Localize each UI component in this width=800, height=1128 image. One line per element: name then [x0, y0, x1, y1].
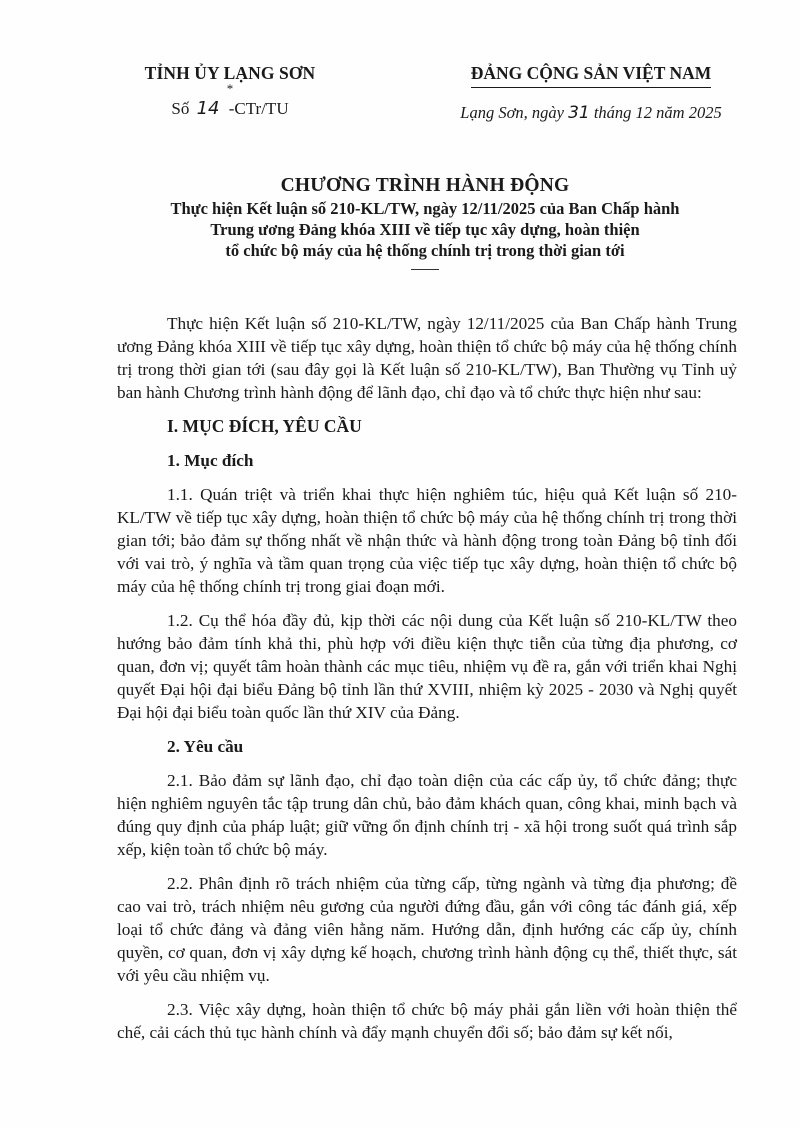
paragraph-1-1: 1.1. Quán triệt và triển khai thực hiện …: [117, 483, 737, 598]
section-heading: I. MỤC ĐÍCH, YÊU CẦU: [117, 415, 737, 438]
document-number: Số 14 -CTr/TU: [130, 98, 330, 120]
paragraph-1-2: 1.2. Cụ thể hóa đầy đủ, kịp thời các nội…: [117, 609, 737, 724]
party-block: ĐẢNG CỘNG SẢN VIỆT NAM Lạng Sơn, ngày 31…: [438, 62, 744, 124]
subtitle-line: Trung ương Đảng khóa XIII về tiếp tục xâ…: [100, 219, 750, 240]
document-number-value: 14: [197, 98, 220, 119]
paragraph-2-1: 2.1. Bảo đảm sự lãnh đạo, chỉ đạo toàn d…: [117, 769, 737, 861]
title-separator: [411, 269, 439, 270]
star-mark: *: [130, 84, 330, 94]
document-number-suffix: -CTr/TU: [229, 99, 289, 118]
paragraph-2-2: 2.2. Phân định rõ trách nhiệm của từng c…: [117, 872, 737, 987]
party-name: ĐẢNG CỘNG SẢN VIỆT NAM: [471, 62, 712, 88]
place-date-day: 31: [568, 103, 590, 123]
document-title: CHƯƠNG TRÌNH HÀNH ĐỘNG: [100, 174, 750, 198]
subtitle-line: Thực hiện Kết luận số 210-KL/TW, ngày 12…: [100, 198, 750, 219]
document-body: Thực hiện Kết luận số 210-KL/TW, ngày 12…: [117, 312, 737, 1055]
subsection-heading: 2. Yêu cầu: [117, 735, 737, 758]
paragraph-2-3: 2.3. Việc xây dựng, hoàn thiện tổ chức b…: [117, 998, 737, 1044]
place-date-suffix: tháng 12 năm 2025: [594, 103, 722, 122]
place-date-prefix: Lạng Sơn, ngày: [460, 103, 564, 122]
intro-paragraph: Thực hiện Kết luận số 210-KL/TW, ngày 12…: [117, 312, 737, 404]
issuer-block: TỈNH ỦY LẠNG SƠN * Số 14 -CTr/TU: [130, 62, 330, 120]
place-date: Lạng Sơn, ngày 31 tháng 12 năm 2025: [438, 102, 744, 124]
document-number-prefix: Số: [171, 99, 189, 118]
document-page: TỈNH ỦY LẠNG SƠN * Số 14 -CTr/TU ĐẢNG CỘ…: [0, 0, 800, 1128]
document-title-block: CHƯƠNG TRÌNH HÀNH ĐỘNG Thực hiện Kết luậ…: [100, 174, 750, 270]
subtitle-line: tổ chức bộ máy của hệ thống chính trị tr…: [100, 240, 750, 261]
subsection-heading: 1. Mục đích: [117, 449, 737, 472]
